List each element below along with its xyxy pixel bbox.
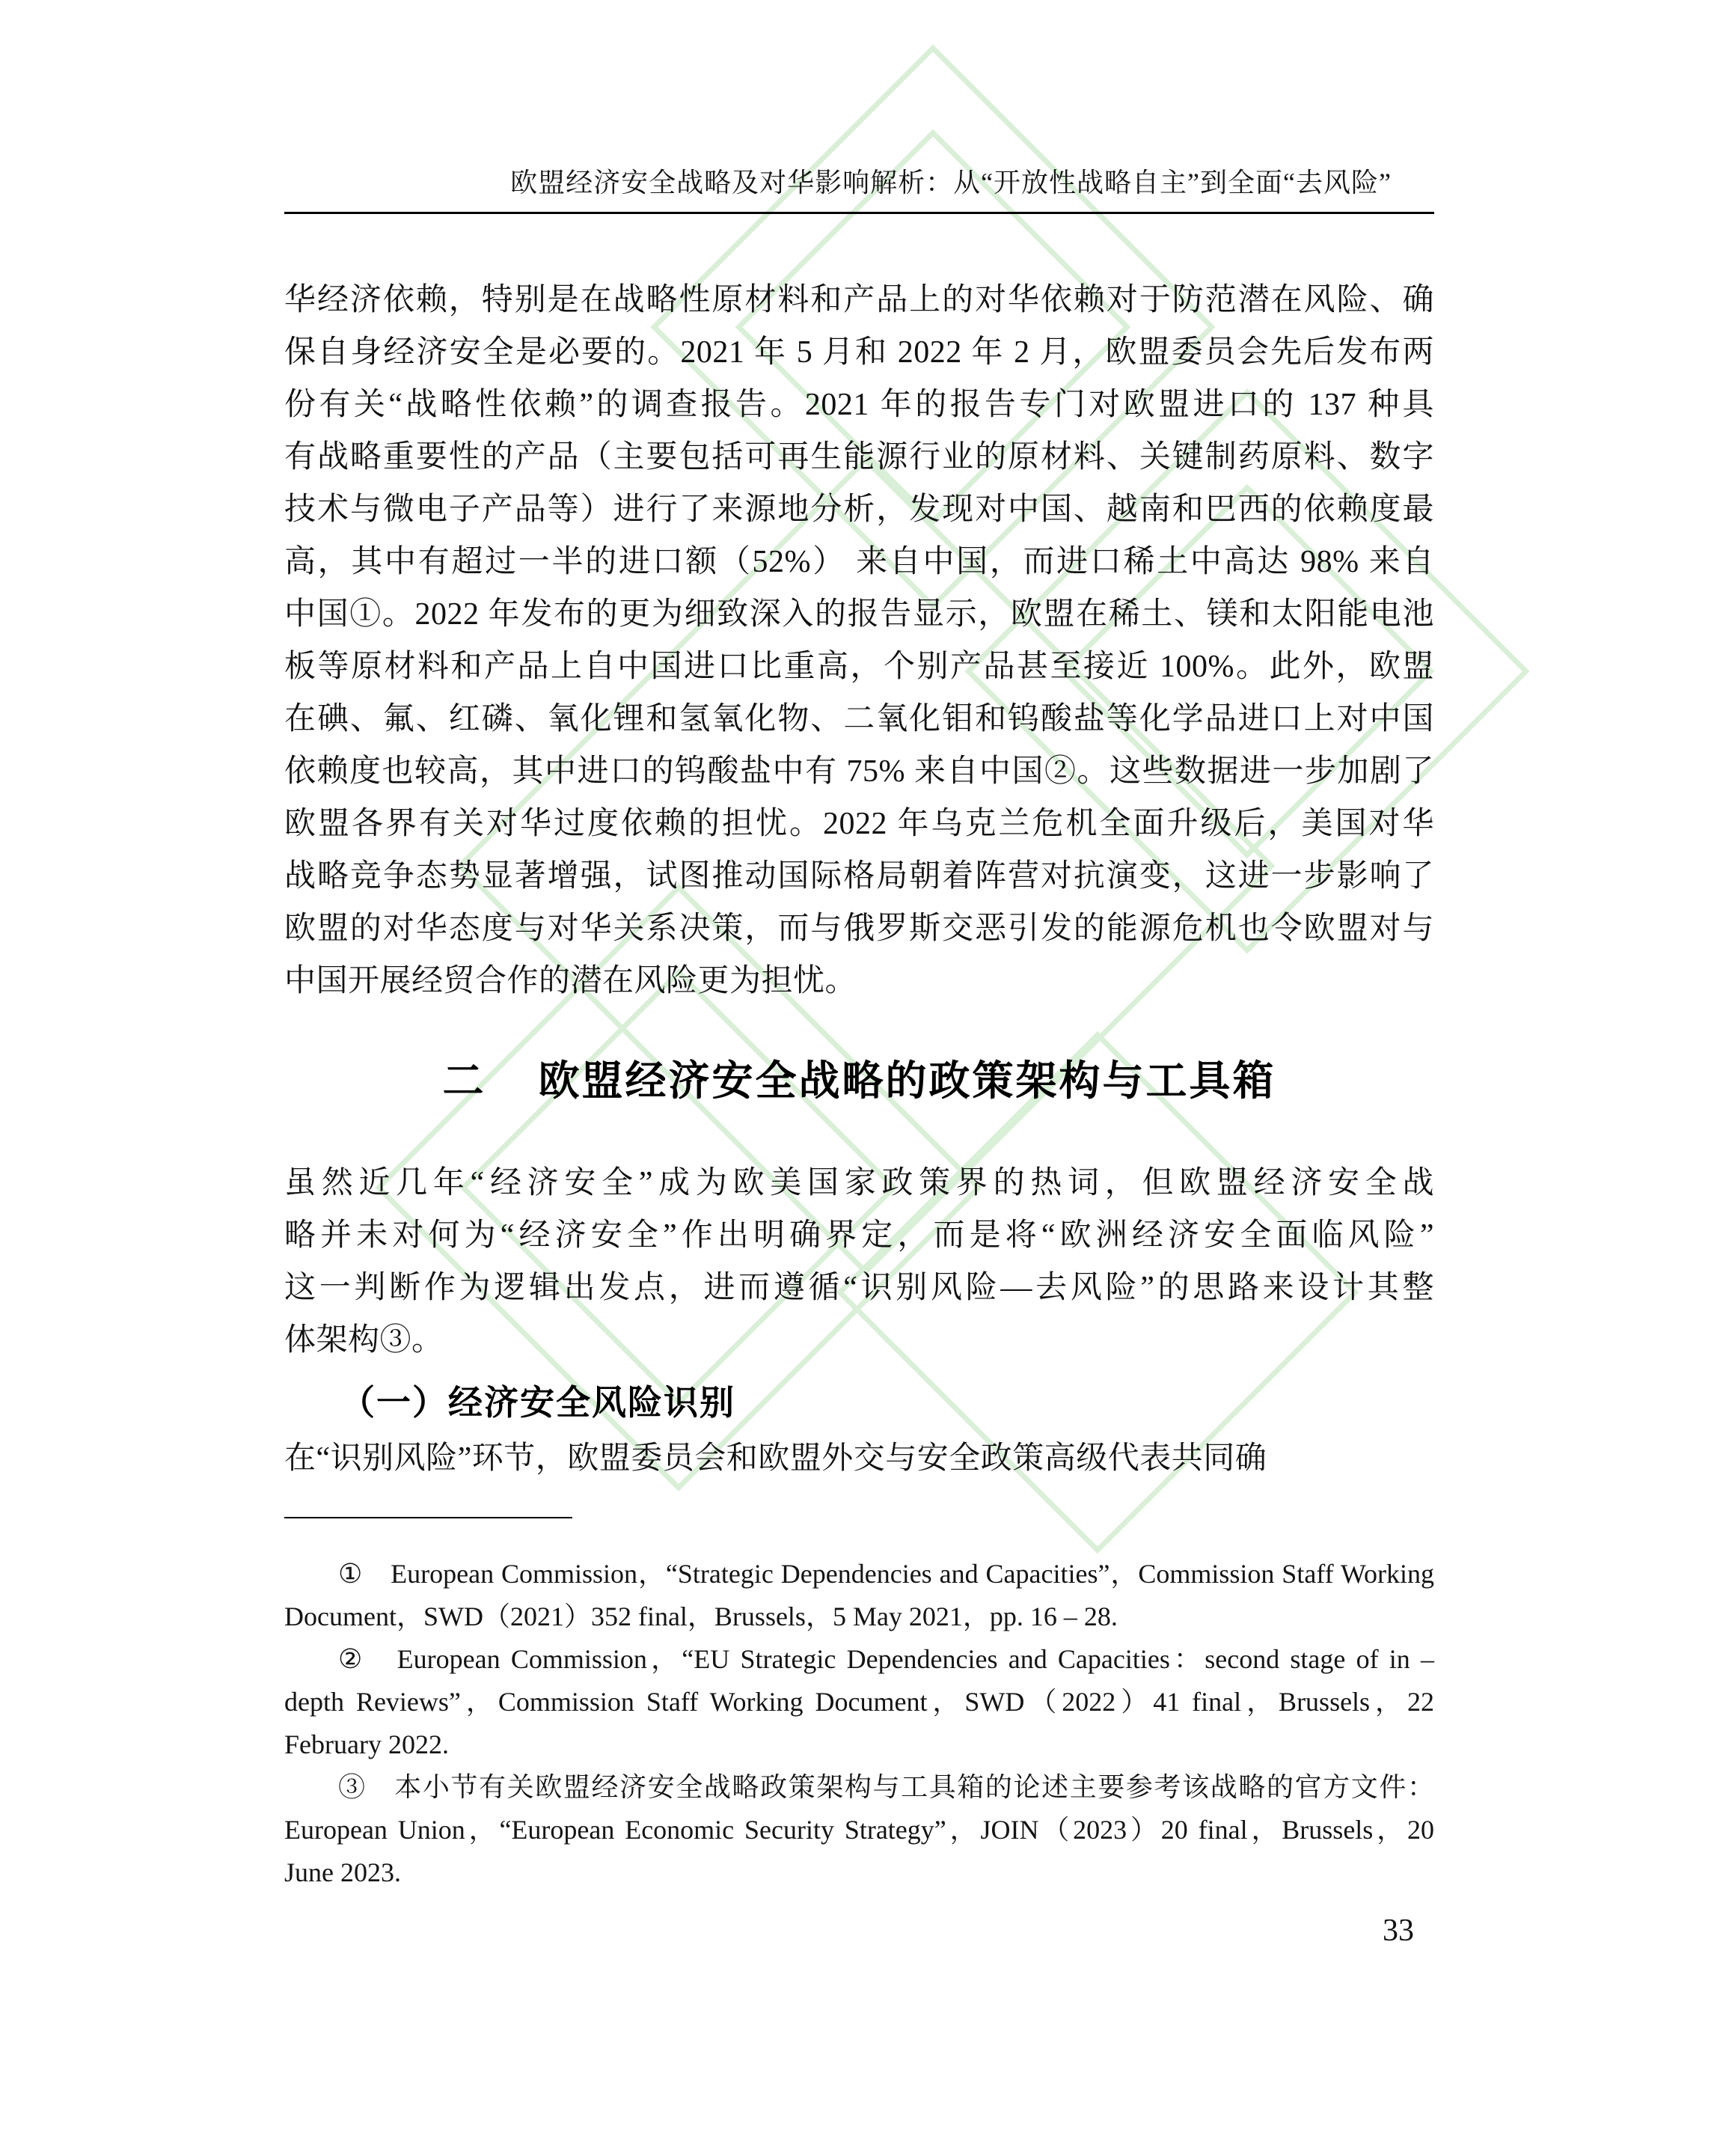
book-page: { "theme": { "watermark_color": "#d9efd7… [0,0,1714,2156]
section-heading-title: 欧盟经济安全战略的政策架构与工具箱 [539,1057,1276,1104]
footnote-line: ② European Commission，“EU Strategic Depe… [284,1638,1434,1681]
body-text-line: 中国①。2022 年发布的更为细致深入的报告显示，欧盟在稀土、镁和太阳能电池 [284,588,1434,641]
body-text-line: 体架构③。 [284,1314,1434,1366]
body-text-line: 技术与微电子产品等）进行了来源地分析，发现对中国、越南和巴西的依赖度最 [284,483,1434,536]
footnote-line: February 2022. [284,1723,1434,1766]
body-text-line: 略并未对何为“经济安全”作出明确界定，而是将“欧洲经济安全面临风险” [284,1209,1434,1262]
body-text-line: 这一判断作为逻辑出发点，进而遵循“识别风险—去风险”的思路来设计其整 [284,1262,1434,1314]
footnote-line: ① European Commission，“Strategic Depende… [284,1553,1434,1595]
body-text-line: 欧盟各界有关对华过度依赖的担忧。2022 年乌克兰危机全面升级后，美国对华 [284,798,1434,850]
paragraph-3: 在“识别风险”环节，欧盟委员会和欧盟外交与安全政策高级代表共同确 [284,1432,1434,1485]
footnote-line: June 2023. [284,1851,1434,1894]
body-text-line: 中国开展经贸合作的潜在风险更为担忧。 [284,955,1434,1007]
body-text-line: 保自身经济安全是必要的。2021 年 5 月和 2022 年 2 月，欧盟委员会… [284,326,1434,379]
body-text-line: 在“识别风险”环节，欧盟委员会和欧盟外交与安全政策高级代表共同确 [284,1432,1434,1485]
footnote-line: Document，SWD（2021）352 final，Brussels，5 M… [284,1595,1434,1638]
section-heading-number: 二 [442,1057,486,1104]
body-text-line: 战略竞争态势显著增强，试图推动国际格局朝着阵营对抗演变，这进一步影响了 [284,850,1434,903]
footnote-line: European Union，“European Economic Securi… [284,1809,1434,1851]
body-text-line: 高，其中有超过一半的进口额（52%） 来自中国，而进口稀土中高达 98% 来自 [284,536,1434,588]
body-text-line: 板等原材料和产品上自中国进口比重高，个别产品甚至接近 100%。此外，欧盟 [284,641,1434,693]
body-text-line: 有战略重要性的产品（主要包括可再生能源行业的原材料、关键制药原料、数字 [284,431,1434,483]
page-number: 33 [1383,1913,1414,1949]
footnote-line: depth Reviews”，Commission Staff Working … [284,1681,1434,1723]
header-rule [284,212,1434,214]
body-text-line: 依赖度也较高，其中进口的钨酸盐中有 75% 来自中国②。这些数据进一步加剧了 [284,745,1434,798]
body-text-line: 欧盟的对华态度与对华关系决策，而与俄罗斯交恶引发的能源危机也令欧盟对与 [284,903,1434,955]
section-heading: 二欧盟经济安全战略的政策架构与工具箱 [284,1048,1434,1107]
body-text-line: 华经济依赖，特别是在战略性原材料和产品上的对华依赖对于防范潜在风险、确 [284,274,1434,326]
footnotes: ① European Commission，“Strategic Depende… [284,1553,1434,1894]
running-header-title: 欧盟经济安全战略及对华影响解析：从“开放性战略自主”到全面“去风险” [510,162,1392,200]
footnote-line: ③ 本小节有关欧盟经济安全战略政策架构与工具箱的论述主要参考该战略的官方文件： [284,1766,1434,1809]
footnote-separator [284,1517,572,1518]
paragraph-2: 虽然近几年“经济安全”成为欧美国家政策界的热词，但欧盟经济安全战略并未对何为“经… [284,1157,1434,1366]
paragraph-1: 华经济依赖，特别是在战略性原材料和产品上的对华依赖对于防范潜在风险、确保自身经济… [284,274,1434,1007]
body-text-line: 份有关“战略性依赖”的调查报告。2021 年的报告专门对欧盟进口的 137 种具 [284,379,1434,431]
body-text-line: 虽然近几年“经济安全”成为欧美国家政策界的热词，但欧盟经济安全战 [284,1157,1434,1209]
subsection-heading: （一）经济安全风险识别 [284,1375,1434,1425]
body-text-line: 在碘、氟、红磷、氧化锂和氢氧化物、二氧化钼和钨酸盐等化学品进口上对中国 [284,693,1434,745]
